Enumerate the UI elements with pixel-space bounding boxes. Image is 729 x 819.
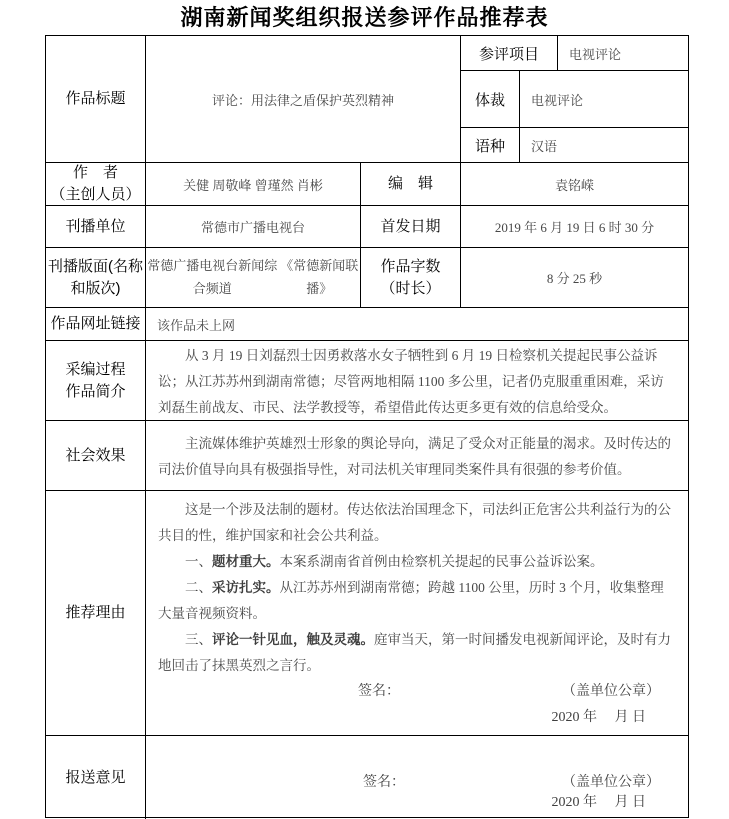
genre-value: 电视评论 [520, 71, 688, 127]
row-work-title: 作品标题 评论：用法律之盾保护英烈精神 参评项目 电视评论 体裁 电视评论 语种… [46, 36, 688, 163]
authors-label: 作 者 （主创人员） [46, 163, 146, 205]
authors-label-line1: 作 者 [73, 163, 118, 184]
item1-text: 本案系湖南省首例由检察机关提起的民事公益诉讼案。 [280, 554, 604, 569]
recommendation-item-3: 三、评论一针见血，触及灵魂。庭审当天，第一时间播发电视新闻评论，及时有力地回击了… [158, 627, 676, 679]
genre-row: 体裁 电视评论 [461, 71, 688, 128]
work-length-value: 8 分 25 秒 [461, 248, 688, 307]
item2-bold: 采访扎实。 [212, 580, 280, 595]
process-intro-label-line2: 作品简介 [65, 381, 125, 403]
recommendation-form-table: 作品标题 评论：用法律之盾保护英烈精神 参评项目 电视评论 体裁 电视评论 语种… [45, 35, 689, 818]
entry-category-label: 参评项目 [461, 36, 558, 70]
submission-sign-row: 签名： （盖单位公章） [158, 771, 676, 791]
page-title: 湖南新闻奖组织报送参评作品推荐表 [0, 1, 729, 32]
editor-value: 袁铭嵘 [461, 163, 688, 205]
row-publish-page: 刊播版面(名称和版次) 常德广播电视台新闻综合频道 《常德新闻联播》 作品字数 … [46, 248, 688, 308]
work-length-label: 作品字数 （时长） [361, 248, 461, 307]
work-length-label-line1: 作品字数 [380, 256, 440, 278]
process-intro-label-line1: 采编过程 [65, 359, 125, 381]
item2-prefix: 二、 [185, 580, 212, 595]
process-intro-value: 从 3 月 19 日刘磊烈士因勇救落水女子牺牲到 6 月 19 日检察机关提起民… [146, 341, 688, 420]
recommendation-label: 推荐理由 [46, 491, 146, 735]
publish-page-value: 常德广播电视台新闻综合频道 《常德新闻联播》 [146, 248, 361, 307]
publish-page-value-line2: 《常德新闻联播》 [278, 255, 360, 299]
publish-page-value-line1: 常德广播电视台新闻综合频道 [146, 255, 278, 299]
url-label: 作品网址链接 [46, 308, 146, 340]
submission-label: 报送意见 [46, 736, 146, 819]
url-value: 该作品未上网 [146, 308, 688, 340]
recommendation-intro: 这是一个涉及法制的题材。传达依法治国理念下，司法纠正危害公共利益行为的公共目的性… [158, 497, 676, 549]
recommendation-body: 这是一个涉及法制的题材。传达依法治国理念下，司法纠正危害公共利益行为的公共目的性… [158, 497, 676, 731]
work-title-value: 评论：用法律之盾保护英烈精神 [146, 36, 461, 162]
row-recommendation: 推荐理由 这是一个涉及法制的题材。传达依法治国理念下，司法纠正危害公共利益行为的… [46, 491, 688, 736]
recommendation-item-1: 一、题材重大。本案系湖南省首例由检察机关提起的民事公益诉讼案。 [158, 549, 676, 575]
recommendation-date-line: 2020 年 月 日 [158, 705, 676, 731]
item1-bold: 题材重大。 [212, 554, 280, 569]
item3-prefix: 三、 [185, 632, 212, 647]
work-title-label: 作品标题 [46, 36, 146, 162]
process-intro-text: 从 3 月 19 日刘磊烈士因勇救落水女子牺牲到 6 月 19 日检察机关提起民… [158, 343, 676, 421]
row-publish-unit: 刊播单位 常德市广播电视台 首发日期 2019 年 6 月 19 日 6 时 3… [46, 206, 688, 248]
authors-value: 关健 周敬峰 曾瑾然 肖彬 [146, 163, 361, 205]
publish-unit-label: 刊播单位 [46, 206, 146, 247]
first-broadcast-date-value: 2019 年 6 月 19 日 6 时 30 分 [461, 206, 688, 247]
editor-label: 编 辑 [361, 163, 461, 205]
entry-category-row: 参评项目 电视评论 [461, 36, 688, 71]
submission-body: 签名： （盖单位公章） 2020 年 月 日 [146, 736, 688, 819]
row-url: 作品网址链接 该作品未上网 [46, 308, 688, 341]
genre-label: 体裁 [461, 71, 520, 127]
submission-sign-label: 签名： [363, 771, 405, 791]
work-length-label-line2: （时长） [380, 278, 440, 300]
item1-prefix: 一、 [185, 554, 212, 569]
submission-date-line: 2020 年 月 日 [158, 791, 676, 811]
language-label: 语种 [461, 128, 520, 162]
first-broadcast-date-label: 首发日期 [361, 206, 461, 247]
row-social-effect: 社会效果 主流媒体维护英雄烈士形象的舆论导向，满足了受众对正能量的渴求。及时传达… [46, 421, 688, 491]
recommendation-sign-row: 签名： （盖单位公章） [158, 679, 676, 705]
publish-page-label: 刊播版面(名称和版次) [46, 248, 146, 307]
row-submission-opinion: 报送意见 签名： （盖单位公章） 2020 年 月 日 [46, 736, 688, 819]
work-meta-block: 参评项目 电视评论 体裁 电视评论 语种 汉语 [461, 36, 688, 162]
language-value: 汉语 [520, 128, 688, 162]
row-process-intro: 采编过程 作品简介 从 3 月 19 日刘磊烈士因勇救落水女子牺牲到 6 月 1… [46, 341, 688, 421]
submission-value: 签名： （盖单位公章） 2020 年 月 日 [146, 736, 688, 819]
social-effect-text: 主流媒体维护英雄烈士形象的舆论导向，满足了受众对正能量的渴求。及时传达的司法价值… [158, 431, 676, 483]
recommendation-seal-label: （盖单位公章） [562, 679, 660, 705]
entry-category-value: 电视评论 [558, 36, 688, 70]
row-authors: 作 者 （主创人员） 关健 周敬峰 曾瑾然 肖彬 编 辑 袁铭嵘 [46, 163, 688, 206]
process-intro-label: 采编过程 作品简介 [46, 341, 146, 420]
authors-label-line2: （主创人员） [50, 184, 140, 205]
social-effect-label: 社会效果 [46, 421, 146, 490]
language-row: 语种 汉语 [461, 128, 688, 162]
form-page: 湖南新闻奖组织报送参评作品推荐表 作品标题 评论：用法律之盾保护英烈精神 参评项… [0, 0, 729, 819]
publish-unit-value: 常德市广播电视台 [146, 206, 361, 247]
recommendation-value: 这是一个涉及法制的题材。传达依法治国理念下，司法纠正危害公共利益行为的公共目的性… [146, 491, 688, 735]
social-effect-value: 主流媒体维护英雄烈士形象的舆论导向，满足了受众对正能量的渴求。及时传达的司法价值… [146, 421, 688, 490]
recommendation-item-2: 二、采访扎实。从江苏苏州到湖南常德；跨越 1100 公里，历时 3 个月，收集整… [158, 575, 676, 627]
submission-seal-label: （盖单位公章） [562, 771, 660, 791]
item3-bold: 评论一针见血，触及灵魂。 [212, 632, 374, 647]
recommendation-sign-label: 签名： [358, 679, 400, 705]
